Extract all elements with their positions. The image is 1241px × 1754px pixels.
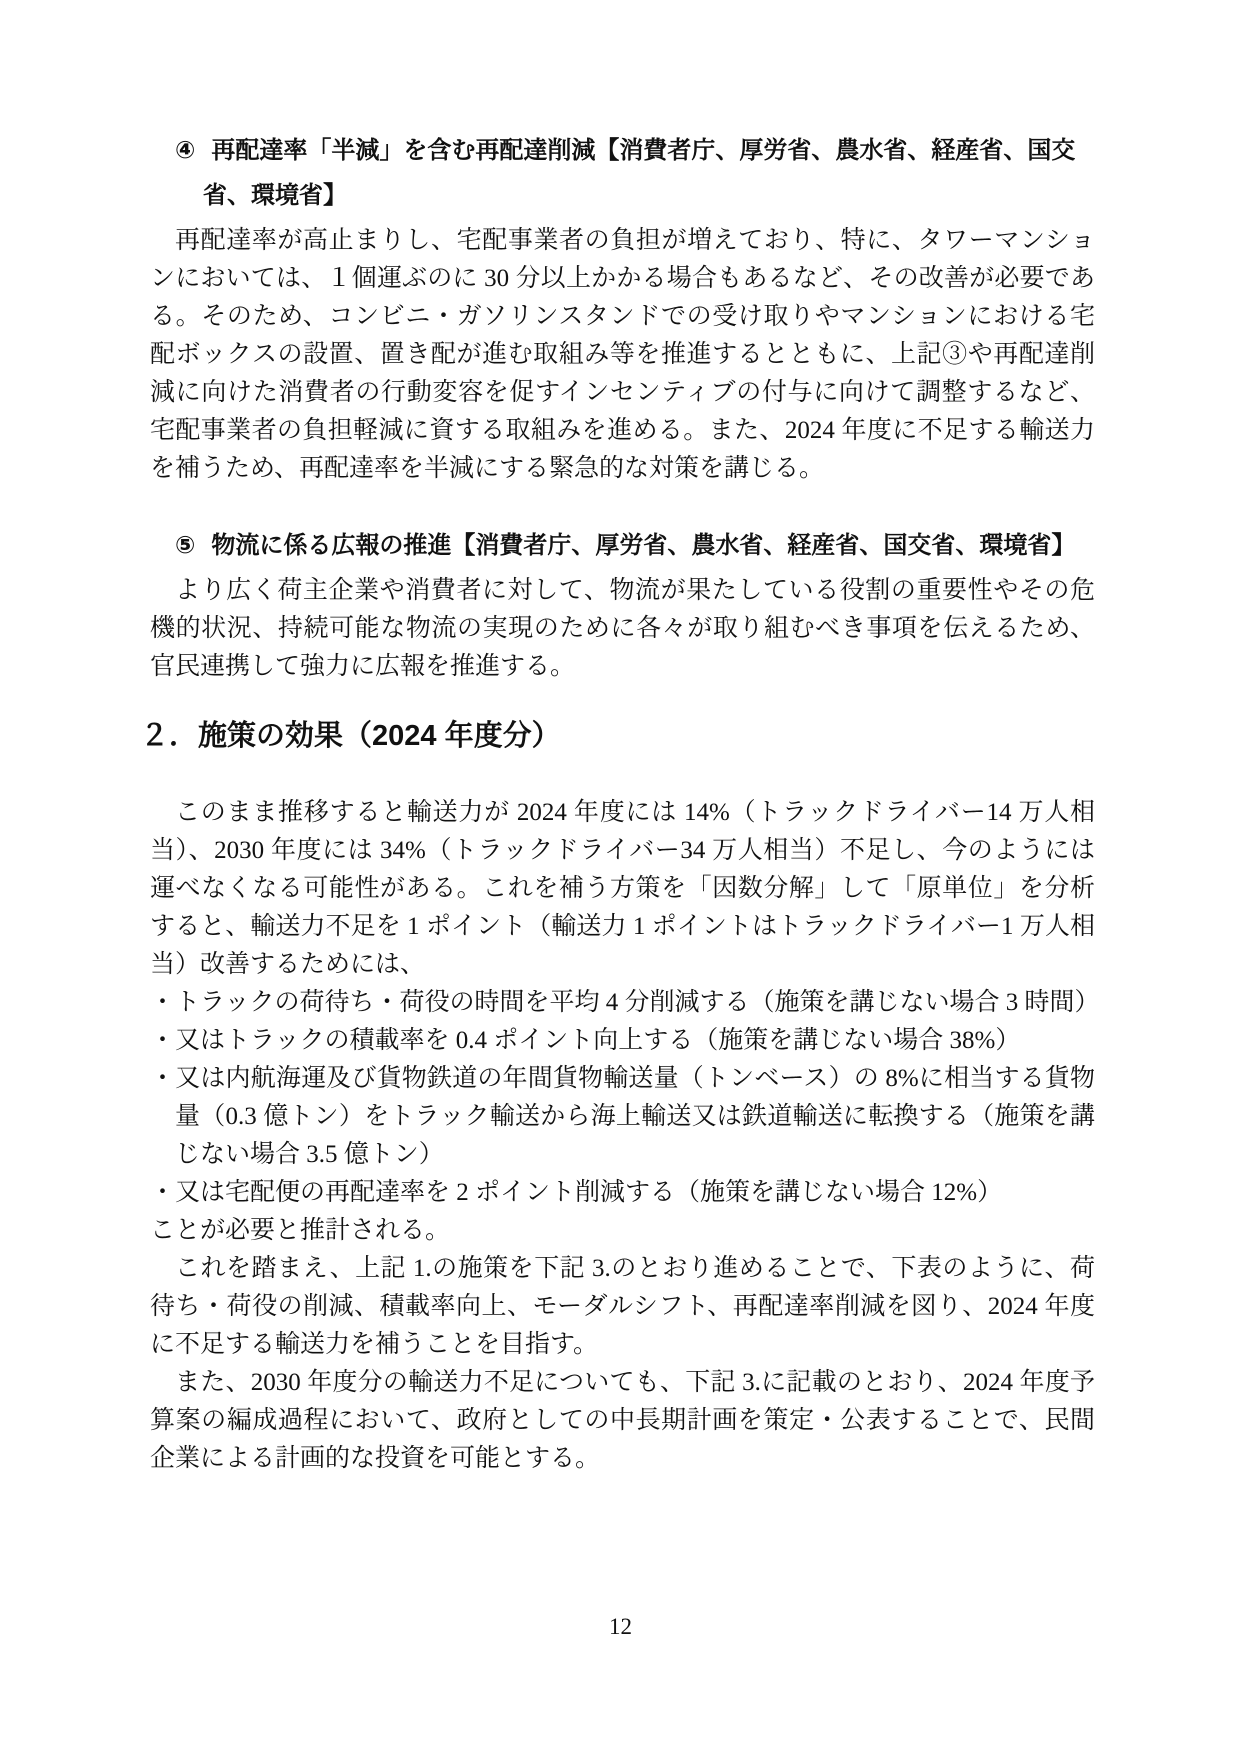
item-4-body-paragraph: 再配達率が高止まりし、宅配事業者の負担が増えており、特に、タワーマンションにおい… (150, 222, 1095, 488)
section-2-effects: ２．施策の効果（2024 年度分） このまま推移すると輸送力が 2024 年度に… (150, 714, 1095, 1478)
section-2-paragraph-2: これを踏まえ、上記 1.の施策を下記 3.のとおり進めることで、下表のように、荷… (150, 1250, 1095, 1364)
measures-bullet-list: ・トラックの荷待ち・荷役の時間を平均 4 分削減する（施策を講じない場合 3 時… (150, 984, 1095, 1212)
item-4-heading-text: 再配達率「半減」を含む再配達削減【消費者庁、厚労省、農水省、経産省、国交省、環境… (203, 137, 1075, 209)
section-2-heading: ２．施策の効果（2024 年度分） (140, 714, 1095, 759)
item-4-heading: ④再配達率「半減」を含む再配達削減【消費者庁、厚労省、農水省、経産省、国交省、環… (175, 128, 1095, 218)
section-item-4: ④再配達率「半減」を含む再配達削減【消費者庁、厚労省、農水省、経産省、国交省、環… (150, 128, 1095, 488)
item-5-heading: ⑤物流に係る広報の推進【消費者庁、厚労省、農水省、経産省、国交省、環境省】 (175, 523, 1095, 568)
document-page: ④再配達率「半減」を含む再配達削減【消費者庁、厚労省、農水省、経産省、国交省、環… (0, 0, 1241, 1754)
section-2-paragraph-3: また、2030 年度分の輸送力不足についても、下記 3.に記載のとおり、2024… (150, 1364, 1095, 1478)
item-5-body-paragraph: より広く荷主企業や消費者に対して、物流が果たしている役割の重要性やその危機的状況… (150, 572, 1095, 686)
section-item-5: ⑤物流に係る広報の推進【消費者庁、厚労省、農水省、経産省、国交省、環境省】 より… (150, 523, 1095, 686)
section-2-intro-paragraph: このまま推移すると輸送力が 2024 年度には 14%（トラックドライバー14 … (150, 794, 1095, 984)
bullet-item-modal-shift: ・又は内航海運及び貨物鉄道の年間貨物輸送量（トンベース）の 8%に相当する貨物量… (150, 1060, 1095, 1174)
page-number: 12 (0, 1612, 1241, 1642)
item-5-heading-text: 物流に係る広報の推進【消費者庁、厚労省、農水省、経産省、国交省、環境省】 (211, 532, 1075, 559)
bullet-item-load-factor: ・又はトラックの積載率を 0.4 ポイント向上する（施策を講じない場合 38%） (150, 1022, 1095, 1060)
bullet-item-wait-time: ・トラックの荷待ち・荷役の時間を平均 4 分削減する（施策を講じない場合 3 時… (150, 984, 1095, 1022)
bullet-item-redelivery: ・又は宅配便の再配達率を 2 ポイント削減する（施策を講じない場合 12%） (150, 1174, 1095, 1212)
item-5-marker: ⑤ (175, 532, 195, 559)
section-2-conclusion-line: ことが必要と推計される。 (150, 1212, 1095, 1250)
item-4-marker: ④ (175, 137, 195, 164)
